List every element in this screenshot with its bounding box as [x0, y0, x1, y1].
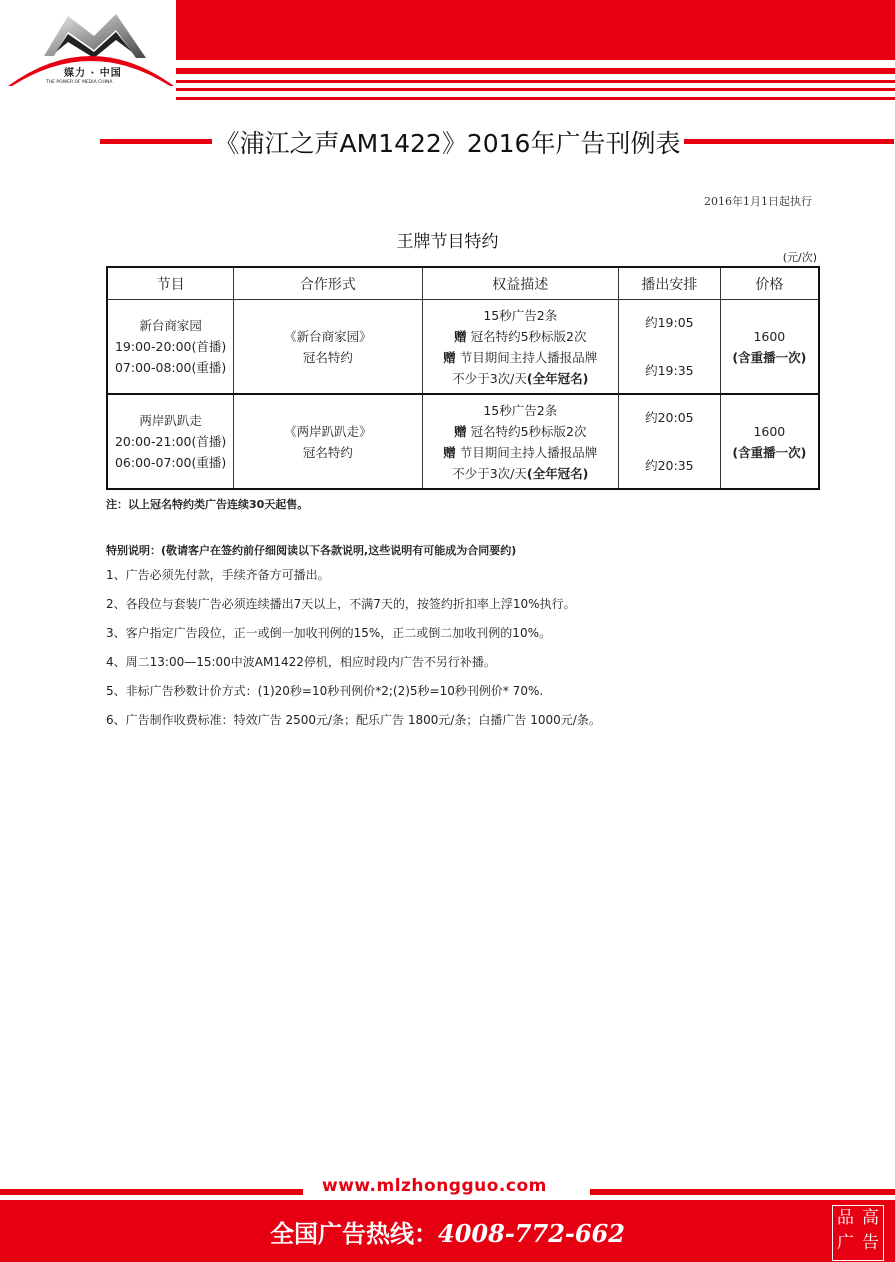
price-cell: 1600 (含重播一次)	[720, 300, 819, 395]
special-note-item: 5、非标广告秒数计价方式：(1)20秒=10秒刊例价*2;(2)5秒=10秒刊例…	[106, 682, 543, 699]
hotline-label: 全国广告热线：	[270, 1220, 438, 1248]
column-header-benefits: 权益描述	[422, 267, 618, 300]
schedule-cell: 约19:05 约19:35	[618, 300, 720, 395]
footer-rule-right	[590, 1189, 895, 1195]
form-cell: 《新台商家园》 冠名特约	[234, 300, 422, 395]
column-header-price: 价格	[720, 267, 819, 300]
program-cell: 新台商家园 19:00-20:00(首播) 07:00-08:00(重播)	[107, 300, 234, 395]
form-cell: 《两岸趴趴走》 冠名特约	[234, 394, 422, 489]
section-title: 王牌节目特约	[0, 227, 895, 252]
header-stripe	[176, 68, 895, 74]
logo-chinese-text: 媒力 · 中国	[64, 64, 122, 79]
column-header-form: 合作形式	[234, 267, 422, 300]
column-header-program: 节目	[107, 267, 234, 300]
quality-seal: 品高 广告	[832, 1205, 884, 1261]
website-link[interactable]: www.mlzhongguo.com	[322, 1176, 547, 1196]
price-cell: 1600 (含重播一次)	[720, 394, 819, 489]
header-stripe	[176, 88, 895, 91]
special-note-item: 6、广告制作收费标准：特效广告 2500元/条；配乐广告 1800元/条；白播广…	[106, 711, 601, 728]
hotline-number: 4008-772-662	[438, 1219, 625, 1248]
column-header-schedule: 播出安排	[618, 267, 720, 300]
logo-english-text: THE POWER OF MEDIA CHINA	[46, 80, 112, 85]
hotline: 全国广告热线：4008-772-662	[0, 1214, 895, 1249]
benefits-cell: 15秒广告2条 赠 冠名特约5秒标版2次 赠 节目期间主持人播报品牌 不少于3次…	[422, 394, 618, 489]
schedule-cell: 约20:05 约20:35	[618, 394, 720, 489]
benefits-cell: 15秒广告2条 赠 冠名特约5秒标版2次 赠 节目期间主持人播报品牌 不少于3次…	[422, 300, 618, 395]
header-red-block	[176, 0, 895, 60]
table-header-row: 节目 合作形式 权益描述 播出安排 价格	[107, 267, 819, 300]
special-note-item: 4、周二13:00—15:00中波AM1422停机，相应时段内广告不另行补播。	[106, 653, 496, 670]
footer-rule-left	[0, 1189, 303, 1195]
special-note-item: 3、客户指定广告段位，正一或倒一加收刊例的15%，正二或倒二加收刊例的10%。	[106, 624, 551, 641]
media-china-logo: 媒力 · 中国 THE POWER OF MEDIA CHINA	[6, 8, 176, 88]
table-row: 新台商家园 19:00-20:00(首播) 07:00-08:00(重播) 《新…	[107, 300, 819, 395]
table-row: 两岸趴趴走 20:00-21:00(首播) 06:00-07:00(重播) 《两…	[107, 394, 819, 489]
special-notes-heading: 特别说明：(敬请客户在签约前仔细阅读以下各款说明,这些说明有可能成为合同要约)	[106, 542, 516, 558]
program-cell: 两岸趴趴走 20:00-21:00(首播) 06:00-07:00(重播)	[107, 394, 234, 489]
header-stripe	[176, 80, 895, 83]
table-note: 注：以上冠名特约类广告连续30天起售。	[106, 496, 308, 512]
price-unit: (元/次)	[783, 249, 817, 265]
special-note-item: 1、广告必须先付款，手续齐备方可播出。	[106, 566, 330, 583]
special-note-item: 2、各段位与套装广告必须连续播出7天以上，不满7天的，按签约折扣率上浮10%执行…	[106, 595, 576, 612]
document-title: 《浦江之声AM1422》2016年广告刊例表	[0, 124, 895, 160]
effective-date: 2016年1月1日起执行	[704, 193, 812, 209]
header-stripe	[176, 97, 895, 100]
rate-table: 节目 合作形式 权益描述 播出安排 价格 新台商家园 19:00-20:00(首…	[106, 266, 820, 490]
